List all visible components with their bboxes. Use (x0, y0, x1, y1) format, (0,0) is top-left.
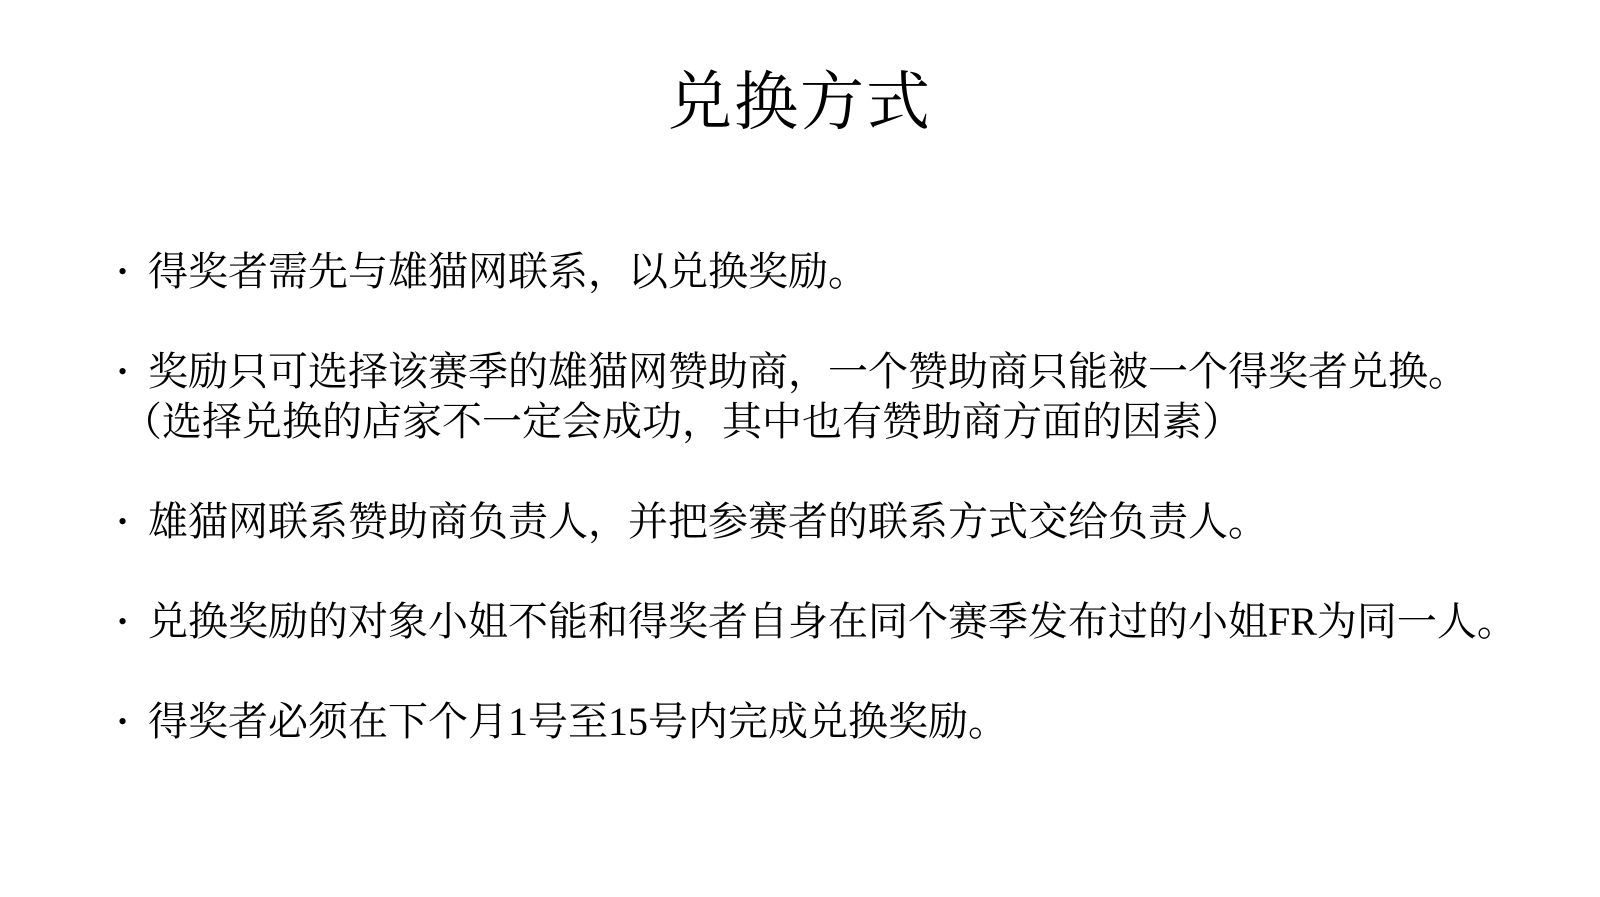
bullet-text: 得奖者需先与雄猫网联系，以兑换奖励。 (148, 247, 1570, 297)
slide-title: 兑换方式 (0, 61, 1600, 144)
bullet-text: 兑换奖励的对象小姐不能和得奖者自身在同个赛季发布过的小姐FR为同一人。 (148, 597, 1570, 647)
bullet-icon: • (118, 697, 148, 747)
bullet-text: 得奖者必须在下个月1号至15号内完成兑换奖励。 (148, 697, 1570, 747)
bullet-text: 奖励只可选择该赛季的雄猫网赞助商，一个赞助商只能被一个得奖者兑换。 (148, 347, 1570, 397)
bullet-text: 雄猫网联系赞助商负责人，并把参赛者的联系方式交给负责人。 (148, 497, 1570, 547)
bullet-item-2: • 奖励只可选择该赛季的雄猫网赞助商，一个赞助商只能被一个得奖者兑换。 （选择兑… (118, 347, 1570, 447)
bullet-icon: • (118, 347, 148, 397)
bullet-item-3: • 雄猫网联系赞助商负责人，并把参赛者的联系方式交给负责人。 (118, 497, 1570, 547)
bullet-icon: • (118, 497, 148, 547)
bullet-list: • 得奖者需先与雄猫网联系，以兑换奖励。 • 奖励只可选择该赛季的雄猫网赞助商，… (118, 247, 1570, 797)
bullet-item-5: • 得奖者必须在下个月1号至15号内完成兑换奖励。 (118, 697, 1570, 747)
slide: 兑换方式 • 得奖者需先与雄猫网联系，以兑换奖励。 • 奖励只可选择该赛季的雄猫… (0, 0, 1600, 897)
bullet-item-1: • 得奖者需先与雄猫网联系，以兑换奖励。 (118, 247, 1570, 297)
bullet-icon: • (118, 247, 148, 297)
bullet-icon: • (118, 597, 148, 647)
bullet-text-continuation: （选择兑换的店家不一定会成功，其中也有赞助商方面的因素） (148, 397, 1570, 447)
bullet-item-4: • 兑换奖励的对象小姐不能和得奖者自身在同个赛季发布过的小姐FR为同一人。 (118, 597, 1570, 647)
